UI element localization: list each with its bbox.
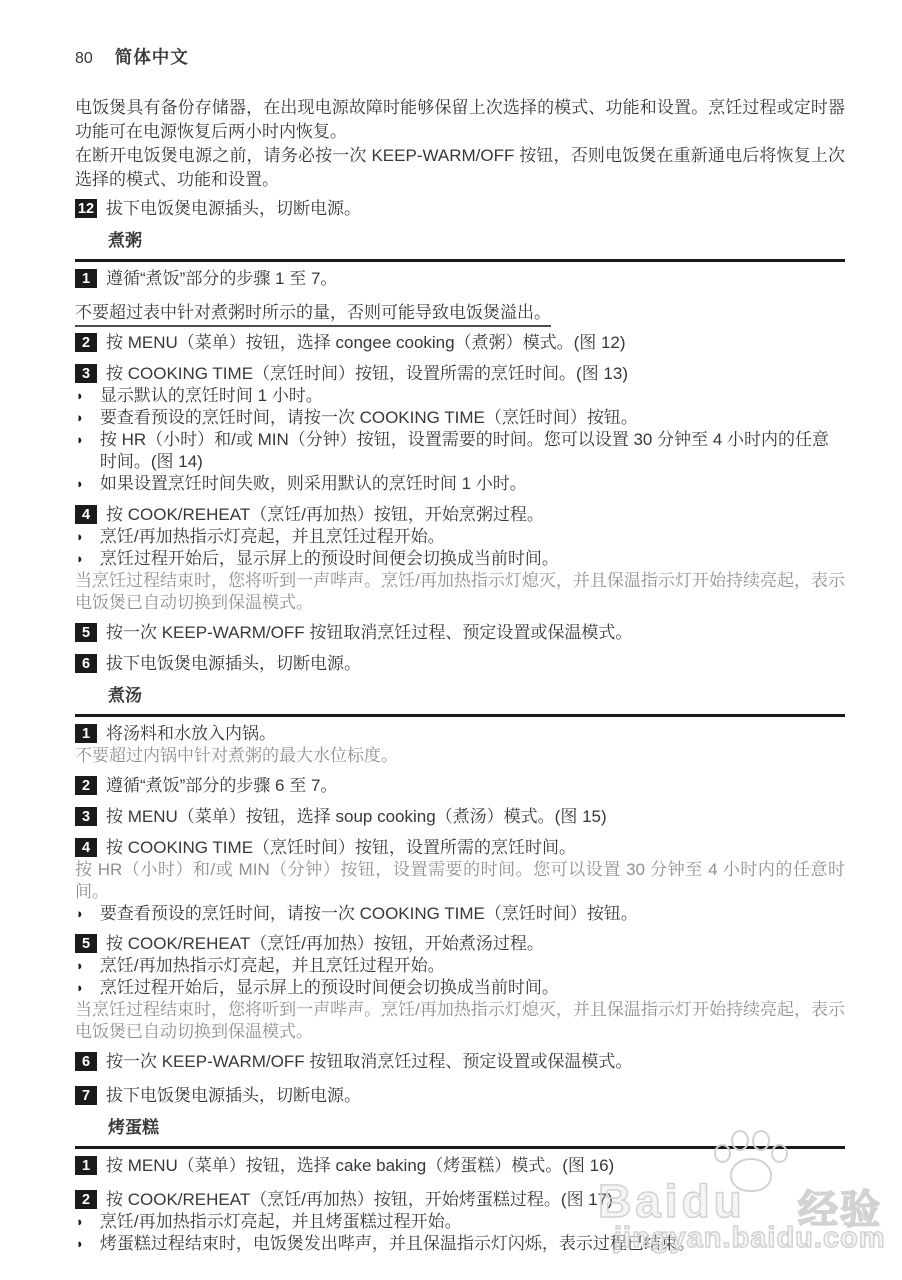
intro-paragraph: 在断开电饭煲电源之前，请务必按一次 KEEP-WARM/OFF 按钮，否则电饭煲… [75,144,845,192]
half-circle-bullet-icon: ◗ [75,385,84,407]
step-number-badge: 4 [75,838,97,857]
bullet-text: 烹饪/再加热指示灯亮起，并且烹饪过程开始。 [100,955,445,977]
step-text: 按 COOK/REHEAT（烹饪/再加热）按钮，开始煮汤过程。 [106,933,544,955]
step-row: 1 将汤料和水放入内锅。 [75,723,845,745]
result-bullet: ◗ 烤蛋糕过程结束时，电饭煲发出哔声，并且保温指示灯闪烁，表示过程已结束。 [75,1233,845,1255]
step-row: 4 按 COOKING TIME（烹饪时间）按钮，设置所需的烹饪时间。 [75,837,845,859]
step-text: 按 MENU（菜单）按钮，选择 cake baking（烤蛋糕）模式。(图 16… [106,1155,614,1177]
half-circle-bullet-icon: ◗ [75,473,84,495]
step-row: 1 遵循“煮饭”部分的步骤 1 至 7。 [75,268,845,290]
half-circle-bullet-icon: ◗ [75,1233,84,1255]
step-row: 2 遵循“煮饭”部分的步骤 6 至 7。 [75,775,845,797]
half-circle-bullet-icon: ◗ [75,548,84,570]
half-circle-bullet-icon: ◗ [75,977,84,999]
caution-note-text: 不要超过表中针对煮粥时所示的量，否则可能导致电饭煲溢出。 [75,303,551,327]
bullet-text: 按 HR（小时）和/或 MIN（分钟）按钮，设置需要的时间。您可以设置 30 分… [100,429,845,473]
step-text: 按 MENU（菜单）按钮，选择 soup cooking（煮汤）模式。(图 15… [106,806,607,828]
step-number-badge: 1 [75,269,97,288]
section-heading-congee: 煮粥 [75,230,845,262]
step-number-badge: 1 [75,1156,97,1175]
step-row: 3 按 MENU（菜单）按钮，选择 soup cooking（煮汤）模式。(图 … [75,806,845,828]
bullet-text: 烹饪/再加热指示灯亮起，并且烹饪过程开始。 [100,526,445,548]
step-number-badge: 5 [75,623,97,642]
step-number-badge: 1 [75,724,97,743]
step-number-badge: 7 [75,1086,97,1105]
page-content: 80 简体中文 电饭煲具有备份存储器，在出现电源故障时能够保留上次选择的模式、功… [0,0,902,1255]
half-circle-bullet-icon: ◗ [75,1211,84,1233]
step-number-badge: 12 [75,199,97,218]
bullet-text: 要查看预设的烹饪时间，请按一次 COOKING TIME（烹饪时间）按钮。 [100,407,638,429]
step-row: 5 按 COOK/REHEAT（烹饪/再加热）按钮，开始煮汤过程。 [75,933,845,955]
bullet-text: 烹饪过程开始后，显示屏上的预设时间便会切换成当前时间。 [100,977,559,999]
step-row: 5 按一次 KEEP-WARM/OFF 按钮取消烹饪过程、预定设置或保温模式。 [75,622,845,644]
step-number-badge: 2 [75,333,97,352]
half-circle-bullet-icon: ◗ [75,526,84,548]
caution-note: 不要超过表中针对煮粥时所示的量，否则可能导致电饭煲溢出。 [75,302,845,324]
result-bullet: ◗ 要查看预设的烹饪时间，请按一次 COOKING TIME（烹饪时间）按钮。 [75,407,845,429]
page-header: 80 简体中文 [75,46,845,70]
step-number-badge: 5 [75,934,97,953]
step-text: 拔下电饭煲电源插头，切断电源。 [106,198,361,220]
document-page: { "header": { "page_number": "80", "lang… [0,0,902,1280]
bullet-text: 显示默认的烹饪时间 1 小时。 [100,385,323,407]
step-text: 将汤料和水放入内锅。 [106,723,276,745]
half-circle-bullet-icon: ◗ [75,955,84,977]
bullet-text: 烤蛋糕过程结束时，电饭煲发出哔声，并且保温指示灯闪烁，表示过程已结束。 [100,1233,695,1255]
half-circle-bullet-icon: ◗ [75,407,84,429]
section-heading-soup: 煮汤 [75,685,845,717]
step-number-badge: 6 [75,1052,97,1071]
step-text: 按 MENU（菜单）按钮，选择 congee cooking（煮粥）模式。(图 … [106,332,626,354]
result-bullet: ◗ 烹饪过程开始后，显示屏上的预设时间便会切换成当前时间。 [75,977,845,999]
step-text: 拔下电饭煲电源插头，切断电源。 [106,1085,361,1107]
page-number: 80 [75,48,93,70]
step-number-badge: 2 [75,1190,97,1209]
info-note: 不要超过内锅中针对煮粥的最大水位标度。 [75,745,845,767]
step-row: 6 拔下电饭煲电源插头，切断电源。 [75,653,845,675]
step-row: 1 按 MENU（菜单）按钮，选择 cake baking（烤蛋糕）模式。(图 … [75,1155,845,1177]
bullet-text: 要查看预设的烹饪时间，请按一次 COOKING TIME（烹饪时间）按钮。 [100,903,638,925]
result-bullet: ◗ 烹饪/再加热指示灯亮起，并且烤蛋糕过程开始。 [75,1211,845,1233]
step-row: 3 按 COOKING TIME（烹饪时间）按钮，设置所需的烹饪时间。(图 13… [75,363,845,385]
result-bullet: ◗ 要查看预设的烹饪时间，请按一次 COOKING TIME（烹饪时间）按钮。 [75,903,845,925]
half-circle-bullet-icon: ◗ [75,903,84,925]
result-bullet: ◗ 烹饪/再加热指示灯亮起，并且烹饪过程开始。 [75,526,845,548]
step-number-badge: 3 [75,364,97,383]
info-note: 当烹饪过程结束时，您将听到一声哔声。烹饪/再加热指示灯熄灭，并且保温指示灯开始持… [75,999,845,1043]
step-text: 按 COOK/REHEAT（烹饪/再加热）按钮，开始烹粥过程。 [106,504,544,526]
step-text: 按一次 KEEP-WARM/OFF 按钮取消烹饪过程、预定设置或保温模式。 [106,622,632,644]
step-text: 拔下电饭煲电源插头，切断电源。 [106,653,361,675]
step-number-badge: 2 [75,776,97,795]
step-text: 遵循“煮饭”部分的步骤 6 至 7。 [106,775,337,797]
step-text: 按 COOKING TIME（烹饪时间）按钮，设置所需的烹饪时间。 [106,837,576,859]
step-text: 遵循“煮饭”部分的步骤 1 至 7。 [106,268,337,290]
step-number-badge: 3 [75,807,97,826]
step-row: 2 按 MENU（菜单）按钮，选择 congee cooking（煮粥）模式。(… [75,332,845,354]
info-note: 当烹饪过程结束时，您将听到一声哔声。烹饪/再加热指示灯熄灭，并且保温指示灯开始持… [75,570,845,614]
result-bullet: ◗ 如果设置烹饪时间失败，则采用默认的烹饪时间 1 小时。 [75,473,845,495]
result-bullet: ◗ 烹饪/再加热指示灯亮起，并且烹饪过程开始。 [75,955,845,977]
step-text: 按一次 KEEP-WARM/OFF 按钮取消烹饪过程、预定设置或保温模式。 [106,1051,632,1073]
step-row: 4 按 COOK/REHEAT（烹饪/再加热）按钮，开始烹粥过程。 [75,504,845,526]
result-bullet: ◗ 按 HR（小时）和/或 MIN（分钟）按钮，设置需要的时间。您可以设置 30… [75,429,845,473]
result-bullet: ◗ 烹饪过程开始后，显示屏上的预设时间便会切换成当前时间。 [75,548,845,570]
section-heading-cake: 烤蛋糕 [75,1117,845,1149]
step-row: 7 拔下电饭煲电源插头，切断电源。 [75,1085,845,1107]
bullet-text: 烹饪/再加热指示灯亮起，并且烤蛋糕过程开始。 [100,1211,462,1233]
intro-paragraph: 电饭煲具有备份存储器，在出现电源故障时能够保留上次选择的模式、功能和设置。烹饪过… [75,96,845,144]
step-number-badge: 6 [75,654,97,673]
half-circle-bullet-icon: ◗ [75,429,84,451]
bullet-text: 如果设置烹饪时间失败，则采用默认的烹饪时间 1 小时。 [100,473,527,495]
language-label: 简体中文 [115,46,189,68]
step-text: 按 COOKING TIME（烹饪时间）按钮，设置所需的烹饪时间。(图 13) [106,363,628,385]
step-row: 12 拔下电饭煲电源插头，切断电源。 [75,198,845,220]
step-row: 6 按一次 KEEP-WARM/OFF 按钮取消烹饪过程、预定设置或保温模式。 [75,1051,845,1073]
result-bullet: ◗ 显示默认的烹饪时间 1 小时。 [75,385,845,407]
step-text: 按 COOK/REHEAT（烹饪/再加热）按钮，开始烤蛋糕过程。(图 17) [106,1189,613,1211]
step-number-badge: 4 [75,505,97,524]
info-note: 按 HR（小时）和/或 MIN（分钟）按钮，设置需要的时间。您可以设置 30 分… [75,859,845,903]
bullet-text: 烹饪过程开始后，显示屏上的预设时间便会切换成当前时间。 [100,548,559,570]
step-row: 2 按 COOK/REHEAT（烹饪/再加热）按钮，开始烤蛋糕过程。(图 17) [75,1189,845,1211]
